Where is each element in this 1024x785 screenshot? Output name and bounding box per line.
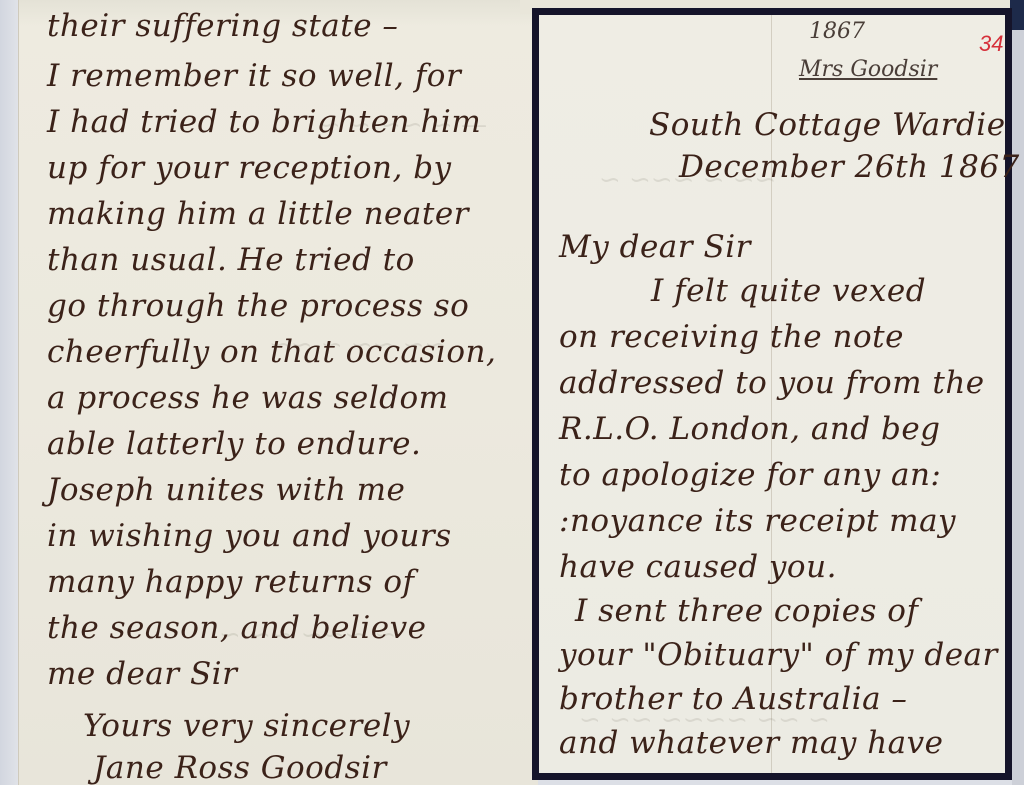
folder-corner bbox=[1010, 0, 1024, 30]
letter-line: R.L.O. London, and beg bbox=[559, 411, 941, 447]
scanner-background-right bbox=[1012, 30, 1024, 785]
letter-page-right: ~~ ~ ~~~ ~ ~ ~~ ~~~~ ~~ ~ 1867 Mrs Goods… bbox=[532, 8, 1012, 780]
letter-line: have caused you. bbox=[559, 549, 837, 585]
letter-line: to apologize for any an: bbox=[559, 457, 941, 493]
letter-page-left: — ~ ~~ ~ ~ ~~ ~~ ~ ~~ ~ ~~~ ~~ ~ their s… bbox=[18, 0, 538, 785]
letter-closing: Yours very sincerely bbox=[83, 708, 410, 744]
letter-line: addressed to you from the bbox=[559, 365, 985, 401]
letter-line: Joseph unites with me bbox=[47, 472, 405, 508]
letter-line: in wishing you and yours bbox=[47, 518, 452, 554]
letter-line: a process he was seldom bbox=[47, 380, 449, 416]
letter-line: their suffering state – bbox=[47, 8, 398, 44]
letter-line: on receiving the note bbox=[559, 319, 904, 355]
letter-line: I felt quite vexed bbox=[651, 273, 926, 309]
letter-date: December 26th 1867 – bbox=[679, 149, 1024, 185]
letter-line: cheerfully on that occasion, bbox=[47, 334, 496, 370]
letter-line: I remember it so well, for bbox=[47, 58, 461, 94]
letter-salutation: My dear Sir bbox=[559, 229, 751, 265]
letter-signature: Jane Ross Goodsir bbox=[93, 750, 387, 785]
letter-line: making him a little neater bbox=[47, 196, 469, 232]
letter-line: and whatever may have bbox=[559, 725, 944, 761]
folio-number: 34 bbox=[979, 31, 1003, 57]
letter-line: than usual. He tried to bbox=[47, 242, 415, 278]
letter-line: brother to Australia – bbox=[559, 681, 907, 717]
letter-line: your "Obituary" of my dear bbox=[559, 637, 998, 673]
letter-line: many happy returns of bbox=[47, 564, 414, 600]
letter-line: able latterly to endure. bbox=[47, 426, 421, 462]
letter-line: :noyance its receipt may bbox=[559, 503, 956, 539]
letter-line: me dear Sir bbox=[47, 656, 237, 692]
letter-line: up for your reception, by bbox=[47, 150, 452, 186]
archive-name-annotation: Mrs Goodsir bbox=[799, 57, 937, 82]
letter-line: I had tried to brighten him bbox=[47, 104, 481, 140]
letter-address: South Cottage Wardie bbox=[649, 107, 1006, 143]
letter-line: I sent three copies of bbox=[575, 593, 918, 629]
letter-line: the season, and believe bbox=[47, 610, 426, 646]
archive-year-annotation: 1867 bbox=[809, 19, 865, 44]
letter-line: go through the process so bbox=[47, 288, 469, 324]
